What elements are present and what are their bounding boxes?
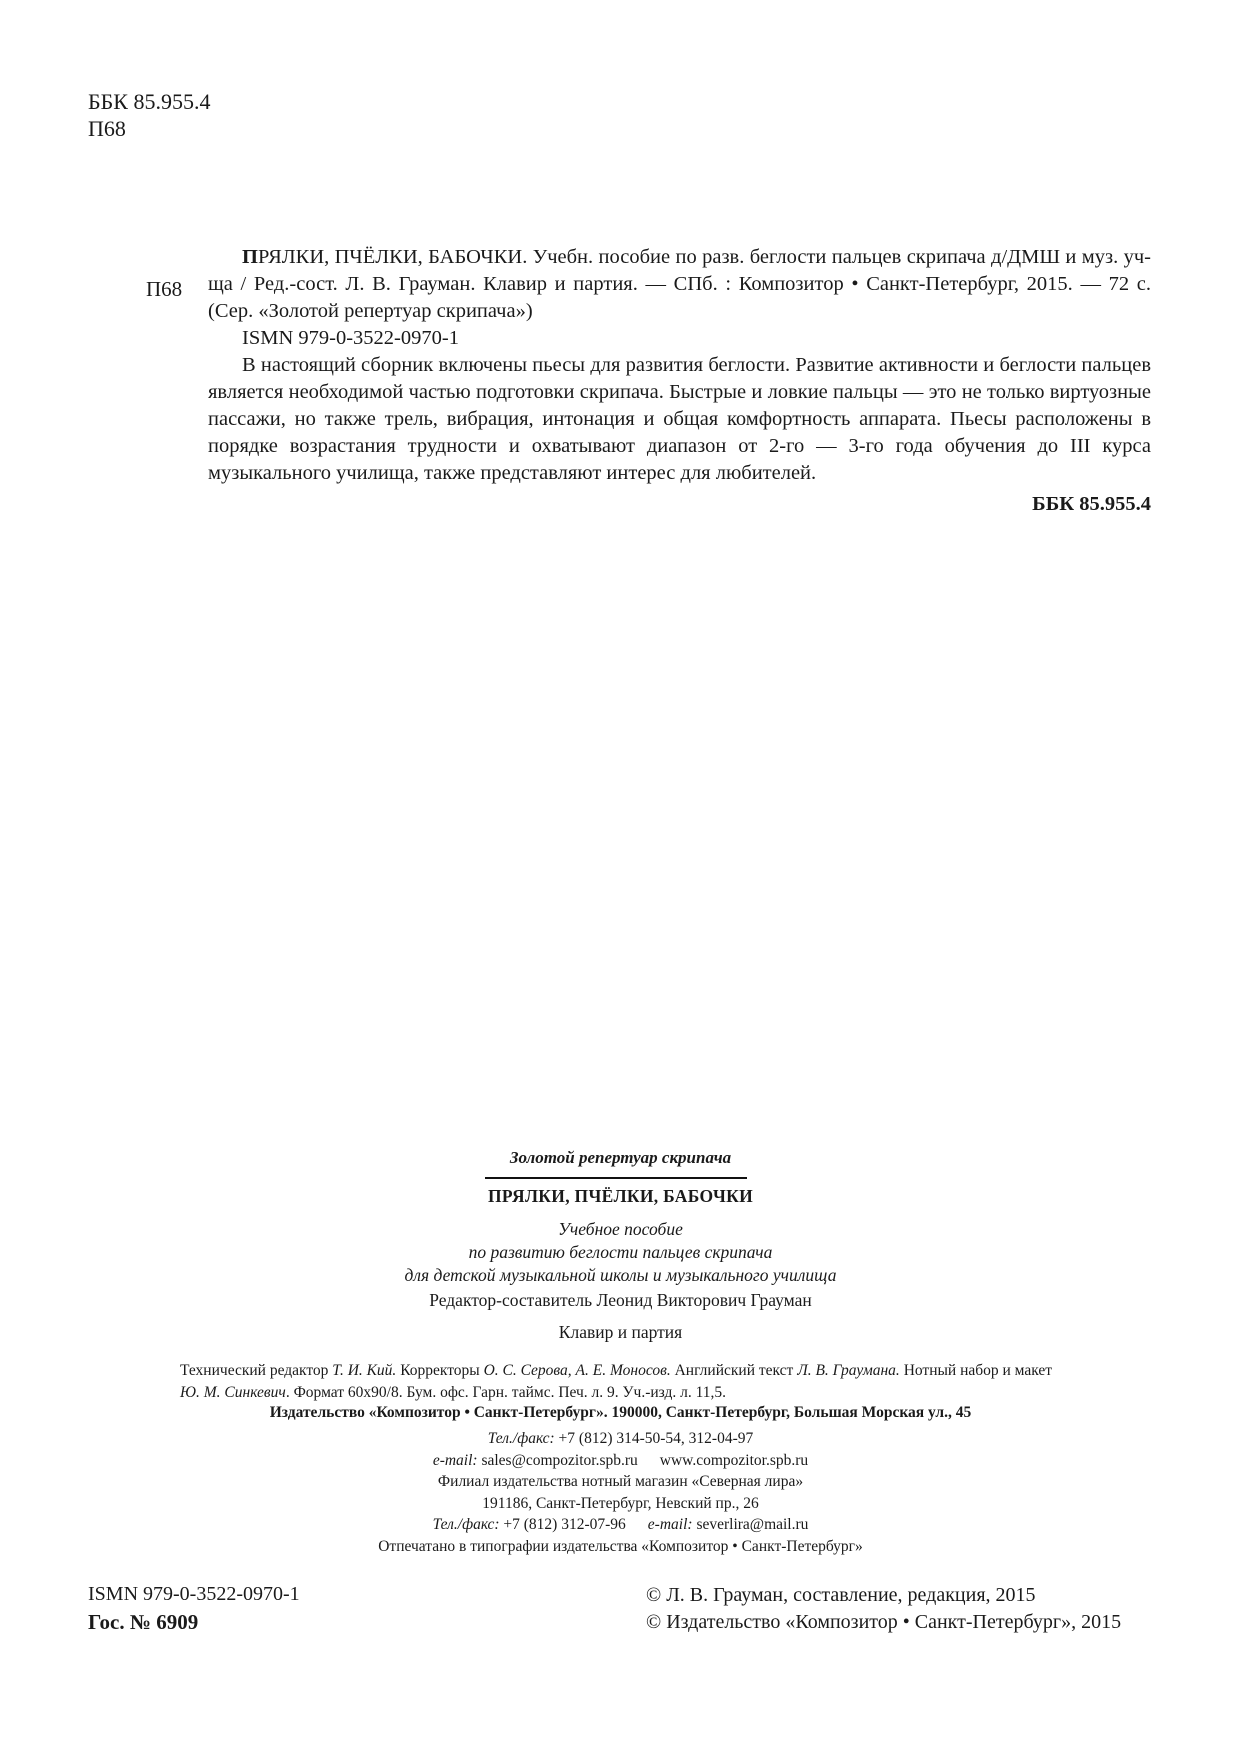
- english-text-label: Английский текст: [671, 1362, 797, 1379]
- email-line: e-mail: sales@compozitor.spb.ruwww.compo…: [0, 1450, 1241, 1472]
- gos-number: Гос. № 6909: [88, 1608, 300, 1636]
- technical-credits: Технический редактор Т. И. Кий. Корректо…: [180, 1360, 1060, 1404]
- bbk-code: ББК 85.955.4: [88, 88, 210, 115]
- correctors-names: О. С. Серова, А. Е. Моносов.: [484, 1362, 671, 1379]
- footer-identifiers: ISMN 979-0-3522-0970-1 Гос. № 6909: [88, 1580, 300, 1636]
- publisher-contacts: Тел./факс: +7 (812) 314-50-54, 312-04-97…: [0, 1428, 1241, 1557]
- subtitle-line: по развитию беглости пальцев скрипача: [0, 1241, 1241, 1264]
- series-title: Золотой репертуар скрипача: [0, 1148, 1241, 1168]
- branch-contact-line: Тел./факс: +7 (812) 312-07-96e-mail: sev…: [0, 1514, 1241, 1536]
- branch-phone-value: +7 (812) 312-07-96: [500, 1516, 626, 1533]
- email-label: e-mail:: [433, 1452, 478, 1469]
- imprint-title: ПРЯЛКИ, ПЧЁЛКИ, БАБОЧКИ: [0, 1186, 1241, 1207]
- phone-label: Тел./факс:: [488, 1430, 555, 1447]
- branch-phone-label: Тел./факс:: [433, 1516, 500, 1533]
- imprint-editor: Редактор-составитель Леонид Викторович Г…: [0, 1290, 1241, 1311]
- catalog-card: ПРЯЛКИ, ПЧЁЛКИ, БАБОЧКИ. Учебн. пособие …: [208, 244, 1151, 518]
- catalog-side-code: П68: [146, 277, 182, 302]
- copyright-block: © Л. В. Грауман, составление, редакция, …: [646, 1582, 1121, 1636]
- imprint-subtitle: Учебное пособие по развитию беглости пал…: [0, 1218, 1241, 1287]
- series-divider: [485, 1177, 747, 1179]
- subtitle-line: для детской музыкальной школы и музыкаль…: [0, 1264, 1241, 1287]
- header-classification: ББК 85.955.4 П68: [88, 88, 210, 142]
- printed-line: Отпечатано в типографии издательства «Ко…: [0, 1536, 1241, 1558]
- email-link[interactable]: sales@compozitor.spb.ru: [478, 1452, 638, 1469]
- catalog-bbk: ББК 85.955.4: [208, 491, 1151, 518]
- catalog-ismn: ISMN 979-0-3522-0970-1: [208, 325, 1151, 352]
- copyright-line: © Л. В. Грауман, составление, редакция, …: [646, 1582, 1121, 1609]
- branch-address: 191186, Санкт-Петербург, Невский пр., 26: [0, 1493, 1241, 1515]
- publisher-address: Издательство «Композитор • Санкт-Петербу…: [0, 1404, 1241, 1422]
- footer-ismn: ISMN 979-0-3522-0970-1: [88, 1580, 300, 1608]
- imprint-edition: Клавир и партия: [0, 1322, 1241, 1343]
- print-specs: . Формат 60x90/8. Бум. офс. Гарн. таймс.…: [286, 1384, 726, 1401]
- phone-line: Тел./факс: +7 (812) 314-50-54, 312-04-97: [0, 1428, 1241, 1450]
- catalog-abstract: В настоящий сборник включены пьесы для р…: [208, 352, 1151, 487]
- tech-editor-label: Технический редактор: [180, 1362, 332, 1379]
- branch-line: Филиал издательства нотный магазин «Севе…: [0, 1471, 1241, 1493]
- catalog-entry-text: РЯЛКИ, ПЧЁЛКИ, БАБОЧКИ. Учебн. пособие п…: [208, 246, 1151, 322]
- catalog-entry: ПРЯЛКИ, ПЧЁЛКИ, БАБОЧКИ. Учебн. пособие …: [208, 244, 1151, 325]
- english-text-name: Л. В. Граумана.: [797, 1362, 900, 1379]
- branch-email-label: e-mail:: [648, 1516, 693, 1533]
- notation-label: Нотный набор и макет: [900, 1362, 1052, 1379]
- correctors-label: Корректоры: [396, 1362, 483, 1379]
- author-code: П68: [88, 115, 210, 142]
- tech-editor-name: Т. И. Кий.: [332, 1362, 396, 1379]
- phone-value: +7 (812) 314-50-54, 312-04-97: [555, 1430, 754, 1447]
- notation-name: Ю. М. Синкевич: [180, 1384, 286, 1401]
- copyright-line: © Издательство «Композитор • Санкт-Петер…: [646, 1609, 1121, 1636]
- website-link[interactable]: www.compozitor.spb.ru: [660, 1452, 808, 1469]
- subtitle-line: Учебное пособие: [0, 1218, 1241, 1241]
- catalog-title-initial: П: [242, 246, 258, 268]
- branch-email-link[interactable]: severlira@mail.ru: [693, 1516, 809, 1533]
